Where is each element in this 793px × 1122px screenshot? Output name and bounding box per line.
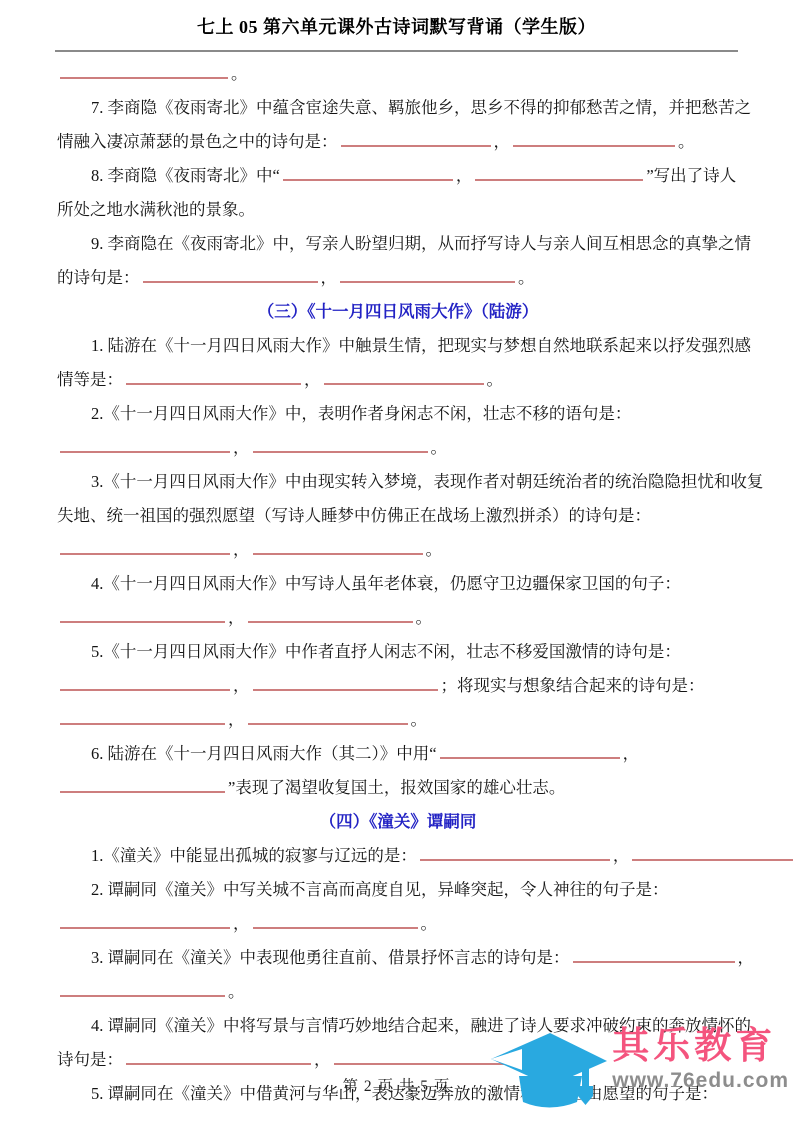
answer-blank: [440, 744, 620, 759]
answer-blank: [60, 982, 225, 997]
question-text: ，: [456, 166, 473, 185]
answer-blank: [253, 676, 438, 691]
answer-blank: [60, 438, 230, 453]
text-line: ”表现了渴望收复国土，报效国家的雄心壮志。: [57, 771, 739, 805]
text-line: 6. 陆游在《十一月四日风雨大作（其二）》中用“，: [57, 737, 739, 771]
document-body: 。7. 李商隐《夜雨寄北》中蕴含宦途失意、羁旅他乡，思乡不得的抑郁愁苦之情，并把…: [57, 57, 739, 1111]
text-line: 。: [57, 975, 739, 1009]
answer-blank: [475, 166, 643, 181]
question-text: 。: [421, 914, 438, 933]
answer-blank: [60, 608, 225, 623]
graduation-cap-icon: [490, 1030, 608, 1114]
text-line: 的诗句是：，。: [57, 261, 739, 295]
question-text: 2. 谭嗣同《潼关》中写关城不言高而高度自见，异峰突起，令人神往的句子是：: [91, 880, 669, 899]
question-text: 3.《十一月四日风雨大作》中由现实转入梦境，表现作者对朝廷统治者的统治隐隐担忧和…: [91, 472, 763, 491]
text-line: 。: [57, 57, 739, 91]
question-text: ，: [233, 540, 250, 559]
answer-blank: [126, 1050, 311, 1065]
text-line: ，。: [57, 533, 739, 567]
brand-website: www.76edu.com: [612, 1069, 789, 1093]
question-text: ，: [233, 438, 250, 457]
answer-blank: [253, 540, 423, 555]
answer-blank: [60, 778, 225, 793]
text-line: 1.《潼关》中能显出孤城的寂寥与辽远的是：，。: [57, 839, 739, 873]
text-line: 7. 李商隐《夜雨寄北》中蕴含宦途失意、羁旅他乡，思乡不得的抑郁愁苦之情，并把愁…: [57, 91, 739, 125]
text-line: ，；将现实与想象结合起来的诗句是：: [57, 669, 739, 703]
answer-blank: [126, 370, 301, 385]
answer-blank: [573, 948, 735, 963]
question-text: ，: [613, 846, 630, 865]
text-line: 4.《十一月四日风雨大作》中写诗人虽年老体衰，仍愿守卫边疆保家卫国的句子：: [57, 567, 739, 601]
answer-blank: [60, 64, 228, 79]
text-line: 情融入凄凉萧瑟的景色之中的诗句是：，。: [57, 125, 739, 159]
question-text: 。: [431, 438, 448, 457]
question-text: 。: [678, 132, 695, 151]
answer-blank: [283, 166, 453, 181]
question-text: 8. 李商隐《夜雨寄北》中“: [91, 166, 280, 185]
question-text: 的诗句是：: [57, 268, 140, 287]
brand-logo: 其乐教育 www.76edu.com: [490, 1026, 789, 1114]
question-text: ，: [228, 608, 245, 627]
question-text: ”表现了渴望收复国土，报效国家的雄心壮志。: [228, 778, 565, 797]
question-text: 。: [231, 64, 248, 83]
question-text: ，: [623, 744, 640, 763]
question-text: ”写出了诗人: [646, 166, 736, 185]
text-line: 5.《十一月四日风雨大作》中作者直抒人闲志不闲，壮志不移爱国激情的诗句是：: [57, 635, 739, 669]
question-text: 2.《十一月四日风雨大作》中，表明作者身闲志不闲，壮志不移的语句是：: [91, 404, 631, 423]
text-line: 8. 李商隐《夜雨寄北》中“，”写出了诗人: [57, 159, 739, 193]
section-heading: （三）《十一月四日风雨大作》（陆游）: [57, 295, 739, 329]
text-line: 9. 李商隐在《夜雨寄北》中，写亲人盼望归期，从而抒写诗人与亲人间互相思念的真挚…: [57, 227, 739, 261]
question-text: ，: [494, 132, 511, 151]
question-text: 1.《潼关》中能显出孤城的寂寥与辽远的是：: [91, 846, 417, 865]
text-line: 3.《十一月四日风雨大作》中由现实转入梦境，表现作者对朝廷统治者的统治隐隐担忧和…: [57, 465, 739, 499]
question-text: ，: [233, 676, 250, 695]
text-line: 情等是：，。: [57, 363, 739, 397]
text-line: 2. 谭嗣同《潼关》中写关城不言高而高度自见，异峰突起，令人神往的句子是：: [57, 873, 739, 907]
text-line: ，。: [57, 907, 739, 941]
question-text: 失地、统一祖国的强烈愿望（写诗人睡梦中仿佛正在战场上激烈拼杀）的诗句是：: [57, 506, 651, 525]
question-text: 。: [426, 540, 443, 559]
question-text: 。: [487, 370, 504, 389]
question-text: ，: [321, 268, 338, 287]
question-text: 6. 陆游在《十一月四日风雨大作（其二）》中用“: [91, 744, 437, 763]
answer-blank: [60, 676, 230, 691]
answer-blank: [60, 540, 230, 555]
question-text: 情融入凄凉萧瑟的景色之中的诗句是：: [57, 132, 338, 151]
question-text: 9. 李商隐在《夜雨寄北》中，写亲人盼望归期，从而抒写诗人与亲人间互相思念的真挚…: [91, 234, 751, 253]
question-text: 诗句是：: [57, 1050, 123, 1069]
question-text: 3. 谭嗣同在《潼关》中表现他勇往直前、借景抒怀言志的诗句是：: [91, 948, 570, 967]
text-line: 所处之地水满秋池的景象。: [57, 193, 739, 227]
text-line: ，。: [57, 431, 739, 465]
answer-blank: [248, 710, 408, 725]
question-text: ；将现实与想象结合起来的诗句是：: [441, 676, 705, 695]
text-line: ，。: [57, 703, 739, 737]
text-line: 失地、统一祖国的强烈愿望（写诗人睡梦中仿佛正在战场上激烈拼杀）的诗句是：: [57, 499, 739, 533]
question-text: 情等是：: [57, 370, 123, 389]
question-text: 所处之地水满秋池的景象。: [57, 200, 255, 219]
answer-blank: [420, 846, 610, 861]
question-text: 7. 李商隐《夜雨寄北》中蕴含宦途失意、羁旅他乡，思乡不得的抑郁愁苦之情，并把愁…: [91, 98, 751, 117]
question-text: ，: [738, 948, 755, 967]
text-line: 3. 谭嗣同在《潼关》中表现他勇往直前、借景抒怀言志的诗句是：，: [57, 941, 739, 975]
answer-blank: [340, 268, 515, 283]
question-text: 4.《十一月四日风雨大作》中写诗人虽年老体衰，仍愿守卫边疆保家卫国的句子：: [91, 574, 681, 593]
answer-blank: [60, 914, 230, 929]
answer-blank: [513, 132, 675, 147]
answer-blank: [253, 914, 418, 929]
answer-blank: [341, 132, 491, 147]
section-heading: （四）《潼关》谭嗣同: [57, 805, 739, 839]
question-text: 。: [518, 268, 535, 287]
answer-blank: [253, 438, 428, 453]
text-line: ，。: [57, 601, 739, 635]
text-line: 2.《十一月四日风雨大作》中，表明作者身闲志不闲，壮志不移的语句是：: [57, 397, 739, 431]
text-line: 1. 陆游在《十一月四日风雨大作》中触景生情，把现实与梦想自然地联系起来以抒发强…: [57, 329, 739, 363]
answer-blank: [248, 608, 413, 623]
answer-blank: [334, 1050, 504, 1065]
page-title: 七上 05 第六单元课外古诗词默写背诵（学生版）: [0, 13, 793, 39]
question-text: 。: [416, 608, 433, 627]
answer-blank: [324, 370, 484, 385]
brand-name: 其乐教育: [612, 1026, 789, 1067]
question-text: ，: [228, 710, 245, 729]
question-text: 5.《十一月四日风雨大作》中作者直抒人闲志不闲，壮志不移爱国激情的诗句是：: [91, 642, 681, 661]
question-text: 1. 陆游在《十一月四日风雨大作》中触景生情，把现实与梦想自然地联系起来以抒发强…: [91, 336, 751, 355]
logo-text: 其乐教育 www.76edu.com: [612, 1026, 789, 1093]
question-text: ，: [314, 1050, 331, 1069]
answer-blank: [143, 268, 318, 283]
question-text: 。: [228, 982, 245, 1001]
question-text: 。: [411, 710, 428, 729]
question-text: ，: [304, 370, 321, 389]
answer-blank: [632, 846, 793, 861]
answer-blank: [60, 710, 225, 725]
header-divider: [55, 50, 738, 52]
question-text: ，: [233, 914, 250, 933]
